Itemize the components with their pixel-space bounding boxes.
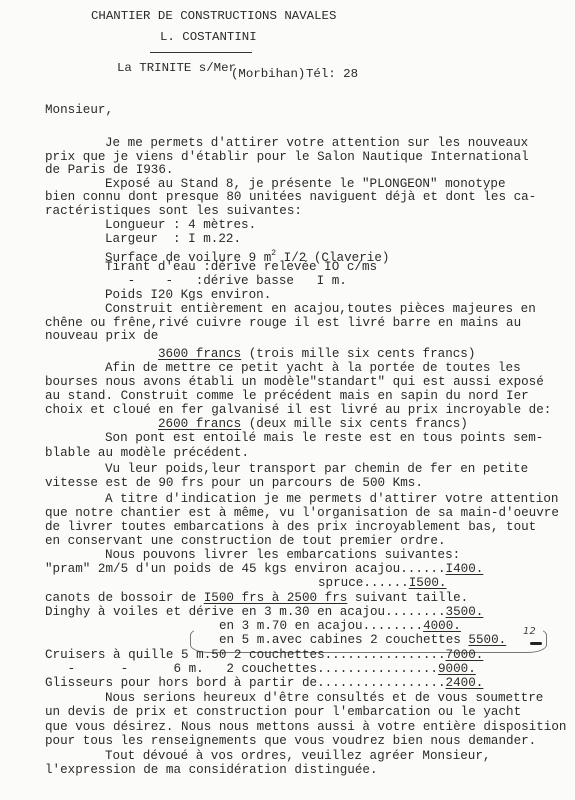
body-line: bien connu dont presque 80 unitées navig… [45,191,536,204]
spec-weight: Poids I20 Kgs environ. [105,289,271,302]
price-list-item: Dinghy à voiles et dérive en 3 m.30 en a… [45,606,483,619]
price-list-item: Cruisers à quille 5 m.50 2 couchettes...… [45,649,483,662]
spec-length: Longueur : 4 mètres. [105,219,256,232]
price-standart: 2600 francs (deux mille six cents francs… [158,418,468,431]
price-list-item: spruce......I500. [318,577,447,590]
body-line: pour tous les renseignements que vous vo… [45,735,536,748]
price-list-item: - - 6 m. 2 couchettes................900… [45,663,476,676]
body-line: Afin de mettre ce petit yacht à la porté… [105,362,521,375]
owner-name: L. COSTANTINI [160,31,257,44]
letter-page: CHANTIER DE CONSTRUCTIONS NAVALES L. COS… [0,0,575,800]
body-line: Construit entièrement en acajou,toutes p… [105,303,536,316]
body-line: choix et cloué en fer galvanisé il est l… [45,404,551,417]
body-line: en conservant une construction de tout p… [45,535,446,548]
body-line: nouveau prix de [45,330,158,343]
body-line: que notre chantier est à même, vu l'orga… [45,507,559,520]
phone: Tél: 28 [306,68,358,81]
price-plongeon: 3600 francs (trois mille six cents franc… [158,348,475,361]
body-line: Nous serions heureux d'être consultés et… [105,692,543,705]
body-line: Nous pouvons livrer les embarcations sui… [105,549,460,562]
price-list-item: "pram" 2m/5 d'un poids de 45 kgs environ… [45,563,483,576]
spec-draft-lowered: - - :dérive basse I m. [105,275,347,288]
company-name: CHANTIER DE CONSTRUCTIONS NAVALES [91,10,336,23]
letterhead-divider [150,52,252,53]
body-line: blable au modèle précédent. [45,447,249,460]
closing-line: Tout dévoué à vos ordres, veuillez agrée… [105,750,490,763]
body-line: A titre d'indication je me permets d'att… [105,493,558,506]
spec-width: Largeur : I m.22. [105,233,241,246]
salutation: Monsieur, [45,104,113,117]
body-line: au stand. Construit comme le précédent m… [45,390,529,403]
body-line: vitesse est de 90 frs pour un parcours d… [45,477,423,490]
body-line: que vous désirez. Nous nous mettons auss… [45,721,566,734]
body-line: ractéristiques sont les suivantes: [45,205,302,218]
handwritten-note: 12 [523,626,536,637]
body-line: de Paris de I936. [45,164,173,177]
region: (Morbihan) [231,68,305,81]
body-line: un devis de prix et construction pour l'… [45,706,521,719]
body-line: Vu leur poids,leur transport par chemin … [105,463,528,476]
body-line: Je me permets d'attirer votre attention … [105,137,528,150]
spec-draft-raised: Tirant d'eau :dérive relevée IO c/ms [105,261,377,274]
handwritten-dash [530,642,542,645]
closing-line: l'expression de ma considération disting… [45,764,378,777]
body-line: de livrer toutes embarcations à des prix… [45,521,536,534]
location: La TRINITE s/Mer [117,62,236,75]
price-list-item: canots de bossoir de I500 frs à 2500 frs… [45,592,468,605]
body-line: bourses nous avons établi un modèle"stan… [45,376,544,389]
price-list-item: Glisseurs pour hors bord à partir de....… [45,677,483,690]
body-line: Son pont est entoilé mais le reste est e… [105,432,543,445]
